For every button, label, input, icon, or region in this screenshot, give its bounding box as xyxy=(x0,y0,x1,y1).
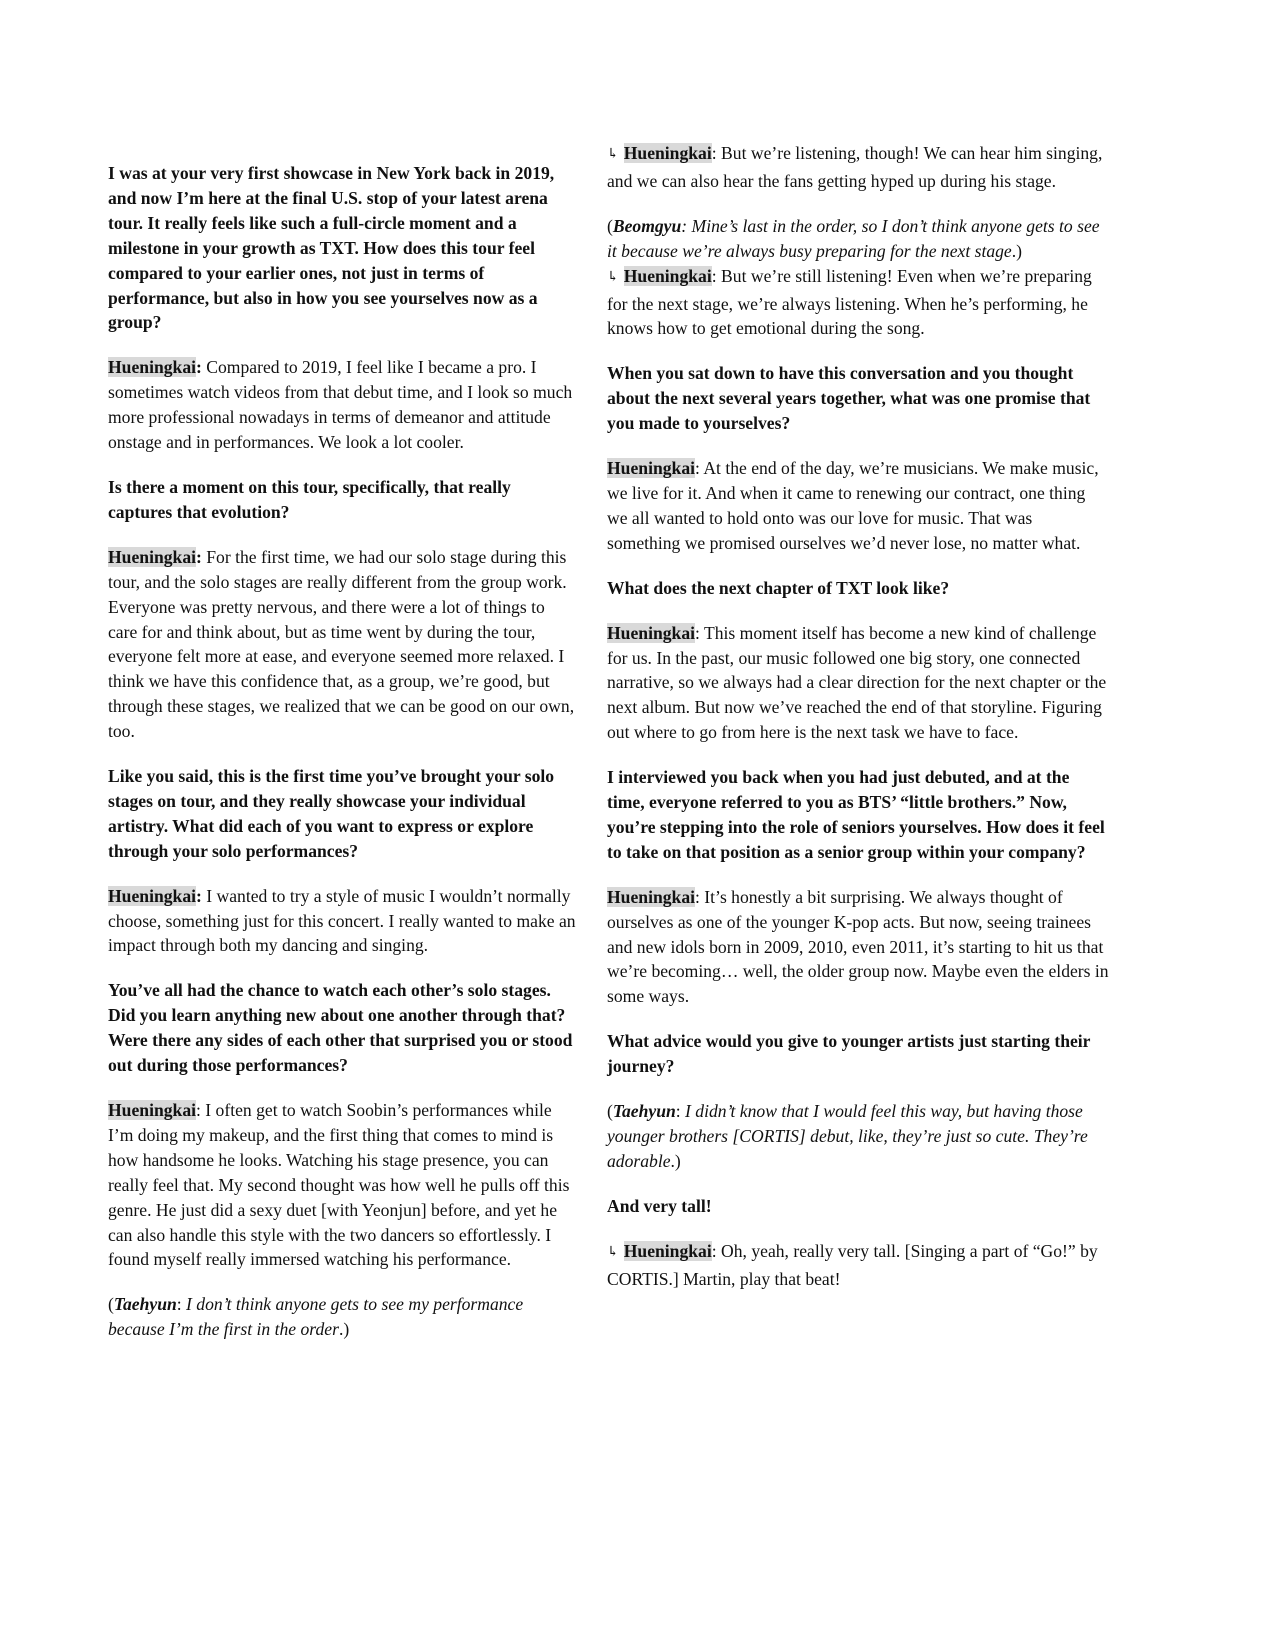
right-column: ↳Hueningkai: But we’re listening, though… xyxy=(607,141,1109,1312)
aside-speaker: Taehyun xyxy=(613,1101,676,1121)
speaker-label: Hueningkai xyxy=(607,458,695,478)
question-showcase: I was at your very first showcase in New… xyxy=(108,161,576,335)
left-column: I was at your very first showcase in New… xyxy=(108,161,576,1362)
speaker-label: Hueningkai xyxy=(108,357,196,377)
speaker-label: Hueningkai xyxy=(624,266,712,286)
aside-beomgyu-last: (Beomgyu: Mine’s last in the order, so I… xyxy=(607,214,1109,264)
answer-older-group: Hueningkai: It’s honestly a bit surprisi… xyxy=(607,885,1109,1010)
speaker-label: Hueningkai xyxy=(108,1100,196,1120)
speaker-label: Hueningkai xyxy=(108,547,196,567)
speaker-label: Hueningkai xyxy=(607,887,695,907)
question-advice: What advice would you give to younger ar… xyxy=(607,1029,1109,1079)
aside-speaker: Taehyun xyxy=(114,1294,177,1314)
answer-solo-stage: Hueningkai: For the first time, we had o… xyxy=(108,545,576,744)
speaker-label: Hueningkai xyxy=(624,143,712,163)
reply-arrow-icon: ↳ xyxy=(607,147,619,162)
speaker-label: Hueningkai xyxy=(624,1241,712,1261)
aside-speaker: Beomgyu xyxy=(613,216,681,236)
question-next-chapter: What does the next chapter of TXT look l… xyxy=(607,576,1109,601)
answer-soobin-performance: Hueningkai: I often get to watch Soobin’… xyxy=(108,1098,576,1272)
reply-still-listening: ↳Hueningkai: But we’re listening, though… xyxy=(607,141,1109,194)
reply-play-that-beat: ↳Hueningkai: Oh, yeah, really very tall.… xyxy=(607,1239,1109,1292)
answer-new-challenge: Hueningkai: This moment itself has becom… xyxy=(607,621,1109,746)
reply-arrow-icon: ↳ xyxy=(607,270,619,285)
question-watch-each-other: You’ve all had the chance to watch each … xyxy=(108,978,576,1078)
reply-arrow-icon: ↳ xyxy=(607,1245,619,1260)
aside-taehyun-cortis: (Taehyun: I didn’t know that I would fee… xyxy=(607,1099,1109,1174)
reply-preparing: ↳Hueningkai: But we’re still listening! … xyxy=(607,264,1109,342)
question-very-tall: And very tall! xyxy=(607,1194,1109,1219)
answer-musicians: Hueningkai: At the end of the day, we’re… xyxy=(607,456,1109,556)
answer-compared-to-2019: Hueningkai: Compared to 2019, I feel lik… xyxy=(108,355,576,455)
answer-text: I often get to watch Soobin’s performanc… xyxy=(108,1100,569,1269)
question-moment-evolution: Is there a moment on this tour, specific… xyxy=(108,475,576,525)
question-promise: When you sat down to have this conversat… xyxy=(607,361,1109,436)
answer-style-of-music: Hueningkai: I wanted to try a style of m… xyxy=(108,884,576,959)
speaker-label: Hueningkai xyxy=(108,886,196,906)
question-seniors: I interviewed you back when you had just… xyxy=(607,765,1109,865)
aside-taehyun-first: (Taehyun: I don’t think anyone gets to s… xyxy=(108,1292,576,1342)
answer-text: For the first time, we had our solo stag… xyxy=(108,547,574,741)
speaker-label: Hueningkai xyxy=(607,623,695,643)
question-solo-artistry: Like you said, this is the first time yo… xyxy=(108,764,576,864)
